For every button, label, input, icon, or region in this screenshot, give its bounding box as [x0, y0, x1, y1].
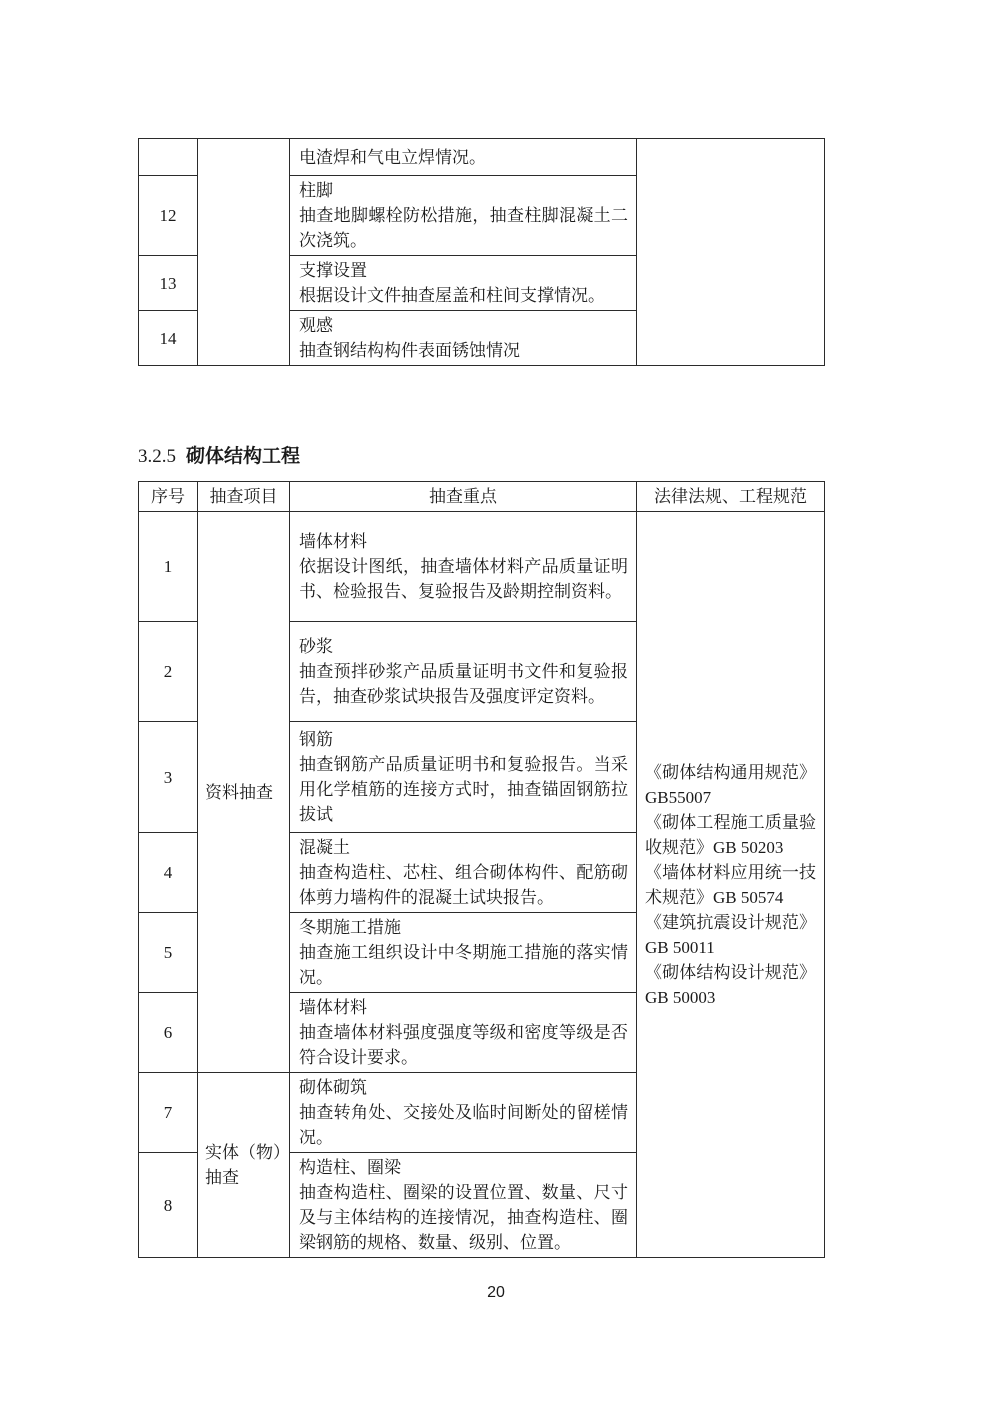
focus-text: 电渣焊和气电立焊情况。 [299, 145, 628, 170]
regulation-item: 《建筑抗震设计规范》GB 50011 [645, 910, 816, 960]
focus-text: 依据设计图纸，抽查墙体材料产品质量证明书、检验报告、复验报告及龄期控制资料。 [299, 554, 628, 604]
focus-title: 柱脚 [299, 178, 628, 203]
cell-focus: 支撑设置 根据设计文件抽查屋盖和柱间支撑情况。 [290, 256, 637, 311]
focus-title: 钢筋 [299, 727, 628, 752]
cell-seq: 12 [139, 176, 198, 256]
cell-focus: 冬期施工措施 抽查施工组织设计中冬期施工措施的落实情况。 [290, 913, 637, 993]
cell-seq: 5 [139, 913, 198, 993]
focus-text: 抽查转角处、交接处及临时间断处的留槎情况。 [299, 1100, 628, 1150]
table-row: 1 资料抽查 墙体材料 依据设计图纸，抽查墙体材料产品质量证明书、检验报告、复验… [139, 512, 825, 622]
cell-seq: 8 [139, 1153, 198, 1258]
focus-title: 支撑设置 [299, 258, 628, 283]
document-page: 电渣焊和气电立焊情况。 12 柱脚 抽查地脚螺栓防松措施，抽查柱脚混凝土二次浇筑… [0, 0, 992, 1403]
cell-focus: 钢筋 抽查钢筋产品质量证明书和复验报告。当采用化学植筋的连接方式时，抽查锚固钢筋… [290, 722, 637, 833]
cell-focus: 电渣焊和气电立焊情况。 [290, 139, 637, 176]
cell-focus: 墙体材料 依据设计图纸，抽查墙体材料产品质量证明书、检验报告、复验报告及龄期控制… [290, 512, 637, 622]
cell-seq: 14 [139, 311, 198, 366]
cell-item-group-1: 资料抽查 [198, 512, 290, 1073]
cell-regulation-merged: 《砌体结构通用规范》GB55007 《砌体工程施工质量验收规范》GB 50203… [637, 512, 825, 1258]
top-table: 电渣焊和气电立焊情况。 12 柱脚 抽查地脚螺栓防松措施，抽查柱脚混凝土二次浇筑… [138, 138, 825, 366]
cell-focus: 观感 抽查钢结构构件表面锈蚀情况 [290, 311, 637, 366]
focus-title: 墙体材料 [299, 995, 628, 1020]
focus-text: 抽查墙体材料强度强度等级和密度等级是否符合设计要求。 [299, 1020, 628, 1070]
cell-item-group-2: 实体（物）抽查 [198, 1073, 290, 1258]
focus-title: 混凝土 [299, 835, 628, 860]
header-item: 抽查项目 [198, 482, 290, 512]
main-table: 序号 抽查项目 抽查重点 法律法规、工程规范 1 资料抽查 墙体材料 依据设计图… [138, 481, 825, 1258]
cell-focus: 墙体材料 抽查墙体材料强度强度等级和密度等级是否符合设计要求。 [290, 993, 637, 1073]
header-seq: 序号 [139, 482, 198, 512]
cell-seq: 6 [139, 993, 198, 1073]
section-heading: 3.2.5砌体结构工程 [138, 441, 300, 468]
cell-seq: 7 [139, 1073, 198, 1153]
focus-title: 构造柱、圈梁 [299, 1155, 628, 1180]
cell-focus: 砂浆 抽查预拌砂浆产品质量证明书文件和复验报告，抽查砂浆试块报告及强度评定资料。 [290, 622, 637, 722]
header-regulation: 法律法规、工程规范 [637, 482, 825, 512]
section-number: 3.2.5 [138, 446, 176, 467]
cell-seq: 13 [139, 256, 198, 311]
focus-text: 抽查构造柱、芯柱、组合砌体构件、配筋砌体剪力墙构件的混凝土试块报告。 [299, 860, 628, 910]
cell-seq: 1 [139, 512, 198, 622]
focus-text: 抽查地脚螺栓防松措施，抽查柱脚混凝土二次浇筑。 [299, 203, 628, 253]
focus-text: 抽查构造柱、圈梁的设置位置、数量、尺寸及与主体结构的连接情况，抽查构造柱、圈梁钢… [299, 1180, 628, 1255]
cell-focus: 混凝土 抽查构造柱、芯柱、组合砌体构件、配筋砌体剪力墙构件的混凝土试块报告。 [290, 833, 637, 913]
focus-title: 砌体砌筑 [299, 1075, 628, 1100]
focus-text: 根据设计文件抽查屋盖和柱间支撑情况。 [299, 283, 628, 308]
cell-regulation-merged [637, 139, 825, 366]
focus-text: 抽查钢结构构件表面锈蚀情况 [299, 338, 628, 363]
focus-title: 冬期施工措施 [299, 915, 628, 940]
section-title: 砌体结构工程 [186, 446, 300, 467]
page-number: 20 [0, 1284, 992, 1302]
regulation-item: 《砌体结构设计规范》GB 50003 [645, 960, 816, 1010]
cell-item-merged [198, 139, 290, 366]
cell-seq: 2 [139, 622, 198, 722]
focus-title: 墙体材料 [299, 529, 628, 554]
cell-seq [139, 139, 198, 176]
cell-focus: 柱脚 抽查地脚螺栓防松措施，抽查柱脚混凝土二次浇筑。 [290, 176, 637, 256]
regulation-item: 《砌体结构通用规范》GB55007 [645, 760, 816, 810]
focus-text: 抽查施工组织设计中冬期施工措施的落实情况。 [299, 940, 628, 990]
cell-focus: 构造柱、圈梁 抽查构造柱、圈梁的设置位置、数量、尺寸及与主体结构的连接情况，抽查… [290, 1153, 637, 1258]
table-header-row: 序号 抽查项目 抽查重点 法律法规、工程规范 [139, 482, 825, 512]
header-focus: 抽查重点 [290, 482, 637, 512]
cell-seq: 3 [139, 722, 198, 833]
focus-title: 砂浆 [299, 634, 628, 659]
focus-title: 观感 [299, 313, 628, 338]
cell-focus: 砌体砌筑 抽查转角处、交接处及临时间断处的留槎情况。 [290, 1073, 637, 1153]
regulation-item: 《砌体工程施工质量验收规范》GB 50203 [645, 810, 816, 860]
cell-seq: 4 [139, 833, 198, 913]
regulation-item: 《墙体材料应用统一技术规范》GB 50574 [645, 860, 816, 910]
table-row: 电渣焊和气电立焊情况。 [139, 139, 825, 176]
focus-text: 抽查钢筋产品质量证明书和复验报告。当采用化学植筋的连接方式时，抽查锚固钢筋拉拔试 [299, 752, 628, 827]
focus-text: 抽查预拌砂浆产品质量证明书文件和复验报告，抽查砂浆试块报告及强度评定资料。 [299, 659, 628, 709]
